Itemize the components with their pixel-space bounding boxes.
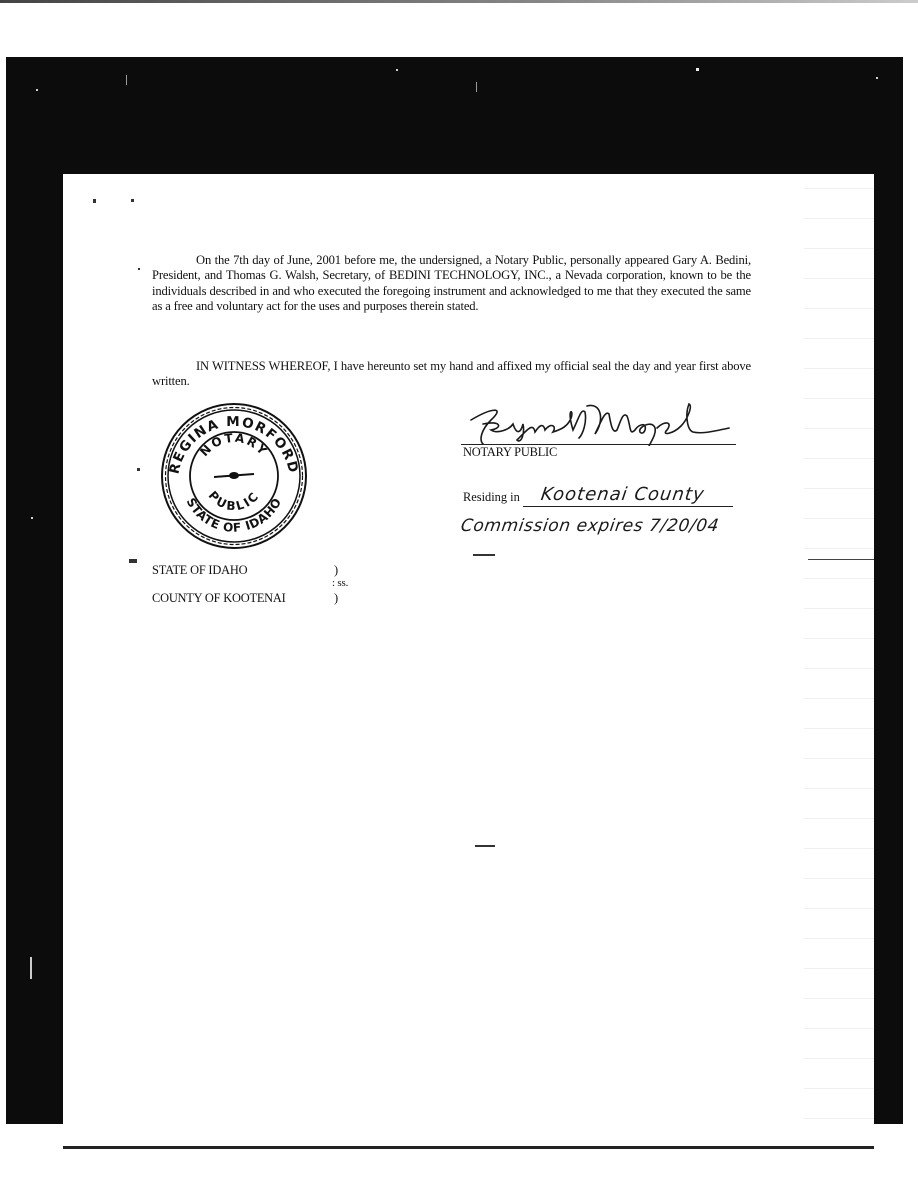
residing-label: Residing in xyxy=(463,490,520,504)
residence-handwritten: Kootenai County xyxy=(540,484,707,505)
page-bottom-edge xyxy=(63,1146,874,1149)
residence-line xyxy=(523,506,733,507)
venue-paren: ) xyxy=(334,563,338,578)
commission-expiry-handwritten: Commission expires 7/20/04 xyxy=(460,516,721,536)
notary-public-label: NOTARY PUBLIC xyxy=(463,445,557,460)
venue-state: STATE OF IDAHO xyxy=(152,563,247,578)
scan-speck xyxy=(696,68,699,71)
svg-text:PUBLIC: PUBLIC xyxy=(206,488,263,513)
scan-speck xyxy=(396,69,398,71)
scan-speck xyxy=(30,957,32,979)
scan-mark xyxy=(93,199,96,203)
venue-county: COUNTY OF KOOTENAI xyxy=(152,591,286,606)
scan-mark xyxy=(137,468,140,471)
notary-seal-icon: REGINA MORFORD STATE OF IDAHO NOTARY PUB… xyxy=(156,402,311,550)
scan-speck xyxy=(31,517,33,519)
venue-ss: : ss. xyxy=(332,577,348,589)
scan-top-edge xyxy=(0,0,918,3)
signature-icon xyxy=(461,400,741,446)
scan-mark xyxy=(131,199,134,202)
acknowledgment-paragraph: On the 7th day of June, 2001 before me, … xyxy=(152,253,751,315)
scan-mark xyxy=(473,554,495,556)
scan-mark xyxy=(475,845,495,847)
venue-paren: ) xyxy=(334,591,338,606)
scan-speck xyxy=(36,89,38,91)
scan-mark xyxy=(129,559,137,563)
document-page: On the 7th day of June, 2001 before me, … xyxy=(63,174,874,1149)
svg-text:REGINA MORFORD: REGINA MORFORD xyxy=(167,414,302,476)
scan-mark xyxy=(138,268,140,270)
scan-speck xyxy=(876,77,878,79)
scanner-frame: On the 7th day of June, 2001 before me, … xyxy=(6,57,903,1124)
scan-mark xyxy=(808,559,874,560)
scan-noise xyxy=(804,174,874,1149)
witness-paragraph: IN WITNESS WHEREOF, I have hereunto set … xyxy=(152,359,751,390)
notary-signature-block: NOTARY PUBLIC xyxy=(461,400,741,460)
residence-block: Residing in Kootenai County Commission e… xyxy=(463,490,753,505)
scan-speck xyxy=(476,82,477,92)
scan-speck xyxy=(126,75,127,85)
